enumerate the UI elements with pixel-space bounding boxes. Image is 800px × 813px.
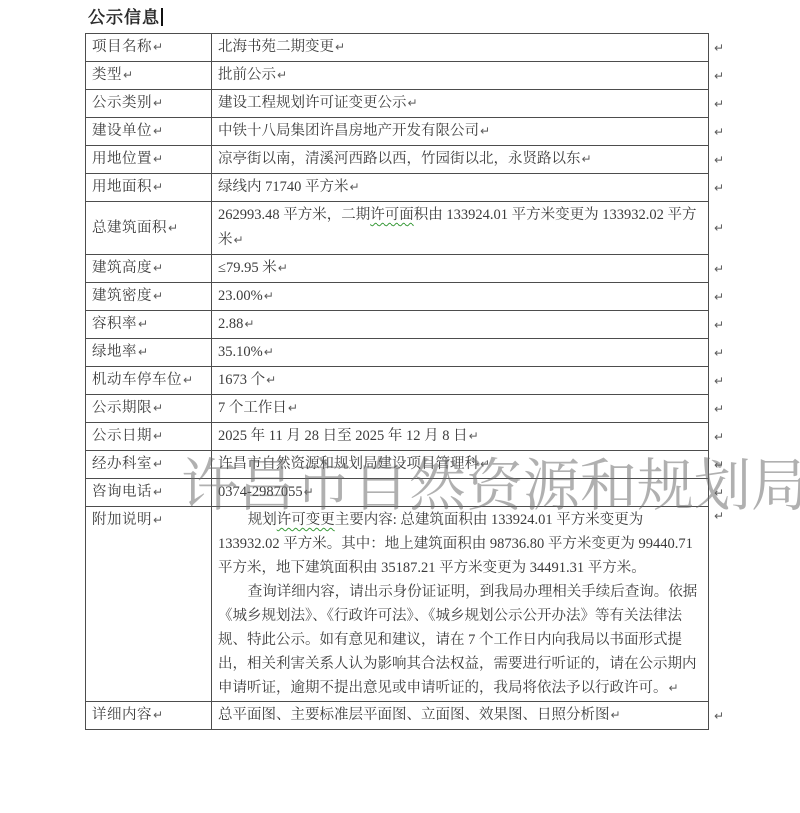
table-row: 公示日期↵ 2025 年 11 月 28 日至 2025 年 12 月 8 日↵…: [86, 423, 736, 451]
table-row: 用地位置↵ 凉亭街以南，清溪河西路以西，竹园街以北，永贤路以东↵ ↵: [86, 146, 736, 174]
end-of-row-mark: ↵: [714, 509, 724, 523]
row-label: 建设单位: [92, 123, 152, 139]
end-of-cell-mark: ↵: [288, 401, 298, 415]
end-of-row-mark: ↵: [714, 262, 724, 276]
row-value: 许昌市自然资源和规划局建设项目管理科: [218, 456, 479, 472]
row-label: 类型: [92, 67, 122, 83]
row-value: ≤79.95 米: [218, 260, 277, 276]
end-of-cell-mark: ↵: [277, 68, 287, 82]
row-value: 23.00%: [218, 288, 263, 304]
end-of-cell-mark: ↵: [153, 40, 164, 54]
end-of-cell-mark: ↵: [480, 124, 490, 138]
row-label-cell[interactable]: 公示日期↵: [86, 423, 212, 451]
row-label-cell[interactable]: 机动车停车位↵: [86, 367, 212, 395]
end-of-row-mark: ↵: [714, 709, 724, 723]
text-cursor: [161, 8, 163, 26]
row-value: 绿线内 71740 平方米: [218, 179, 349, 195]
row-label-cell[interactable]: 类型↵: [86, 62, 212, 90]
row-label-cell[interactable]: 建筑高度↵: [86, 255, 212, 283]
row-label-cell[interactable]: 详细内容↵: [86, 702, 212, 730]
end-of-row-cell: ↵: [709, 479, 736, 507]
row-label-cell[interactable]: 绿地率↵: [86, 339, 212, 367]
row-label-cell[interactable]: 经办科室↵: [86, 451, 212, 479]
table-row: 机动车停车位↵ 1673 个↵ ↵: [86, 367, 736, 395]
row-value-cell[interactable]: 总平面图、主要标准层平面图、立面图、效果图、日照分析图↵: [212, 702, 709, 730]
end-of-cell-mark: ↵: [153, 708, 164, 722]
end-of-cell-mark: ↵: [153, 485, 164, 499]
row-label: 经办科室: [92, 456, 152, 472]
row-label-cell[interactable]: 咨询电话↵: [86, 479, 212, 507]
row-value: 2.88: [218, 316, 243, 332]
row-label: 建筑高度: [92, 260, 152, 276]
row-label-cell[interactable]: 公示类别↵: [86, 90, 212, 118]
table-row: 经办科室↵ 许昌市自然资源和规划局建设项目管理科↵ ↵: [86, 451, 736, 479]
end-of-cell-mark: ↵: [153, 401, 164, 415]
end-of-row-mark: ↵: [714, 41, 724, 55]
end-of-row-mark: ↵: [714, 402, 724, 416]
end-of-row-mark: ↵: [714, 221, 724, 235]
row-label: 用地位置: [92, 151, 152, 167]
end-of-cell-mark: ↵: [669, 681, 679, 695]
row-label-cell[interactable]: 附加说明↵: [86, 507, 212, 702]
end-of-row-mark: ↵: [714, 153, 724, 167]
row-value: 1673 个: [218, 372, 265, 388]
end-of-row-mark: ↵: [714, 318, 724, 332]
row-value: 7 个工作日: [218, 400, 287, 416]
end-of-row-cell: ↵: [709, 702, 736, 730]
table-row: 附加说明↵ 规划许可变更主要内容: 总建筑面积由 133924.01 平方米变更…: [86, 507, 736, 702]
end-of-row-cell: ↵: [709, 311, 736, 339]
end-of-row-cell: ↵: [709, 395, 736, 423]
end-of-row-mark: ↵: [714, 69, 724, 83]
row-value-cell[interactable]: 许昌市自然资源和规划局建设项目管理科↵: [212, 451, 709, 479]
end-of-cell-mark: ↵: [153, 429, 164, 443]
row-value-cell[interactable]: 凉亭街以南，清溪河西路以西，竹园街以北，永贤路以东↵: [212, 146, 709, 174]
end-of-cell-mark: ↵: [234, 233, 244, 247]
end-of-cell-mark: ↵: [582, 152, 592, 166]
row-label: 公示类别: [92, 95, 152, 111]
end-of-row-cell: ↵: [709, 283, 736, 311]
end-of-row-mark: ↵: [714, 486, 724, 500]
end-of-cell-mark: ↵: [153, 180, 164, 194]
end-of-cell-mark: ↵: [266, 373, 276, 387]
row-label: 公示日期: [92, 428, 152, 444]
end-of-cell-mark: ↵: [138, 345, 149, 359]
end-of-row-cell: ↵: [709, 507, 736, 702]
row-label: 附加说明: [92, 512, 152, 528]
end-of-cell-mark: ↵: [138, 317, 149, 331]
row-label: 用地面积: [92, 179, 152, 195]
end-of-cell-mark: ↵: [153, 457, 164, 471]
row-value-cell[interactable]: 35.10%↵: [212, 339, 709, 367]
end-of-row-cell: ↵: [709, 118, 736, 146]
row-label-cell[interactable]: 项目名称↵: [86, 34, 212, 62]
row-label-cell[interactable]: 建筑密度↵: [86, 283, 212, 311]
end-of-cell-mark: ↵: [408, 96, 418, 110]
page-title-text: 公示信息: [88, 8, 160, 27]
end-of-row-mark: ↵: [714, 374, 724, 388]
row-value: 北海书苑二期变更: [218, 39, 334, 55]
end-of-cell-mark: ↵: [153, 261, 164, 275]
end-of-cell-mark: ↵: [153, 152, 164, 166]
table-row: 总建筑面积↵ 262993.48 平方米，二期许可面积由 133924.01 平…: [86, 202, 736, 255]
end-of-cell-mark: ↵: [264, 345, 274, 359]
end-of-row-mark: ↵: [714, 346, 724, 360]
value-paragraph: 规划许可变更主要内容: 总建筑面积由 133924.01 平方米变更为 1339…: [218, 508, 702, 580]
row-value-cell[interactable]: 0374-2987055↵: [212, 479, 709, 507]
end-of-cell-mark: ↵: [153, 513, 164, 527]
end-of-cell-mark: ↵: [335, 40, 345, 54]
row-value-cell[interactable]: 规划许可变更主要内容: 总建筑面积由 133924.01 平方米变更为 1339…: [212, 507, 709, 702]
end-of-cell-mark: ↵: [304, 485, 314, 499]
value-paragraph: 查询详细内容，请出示身份证证明，到我局办理相关手续后查询。依据《城乡规划法》、《…: [218, 580, 702, 700]
row-label: 总建筑面积: [92, 220, 167, 236]
row-value: 35.10%: [218, 344, 263, 360]
row-label: 公示期限: [92, 400, 152, 416]
end-of-row-mark: ↵: [714, 430, 724, 444]
end-of-cell-mark: ↵: [264, 289, 274, 303]
end-of-cell-mark: ↵: [244, 317, 254, 331]
end-of-row-cell: ↵: [709, 174, 736, 202]
end-of-cell-mark: ↵: [123, 68, 134, 82]
row-value: 凉亭街以南，清溪河西路以西，竹园街以北，永贤路以东: [218, 151, 581, 167]
end-of-row-cell: ↵: [709, 423, 736, 451]
row-value-cell[interactable]: 批前公示↵: [212, 62, 709, 90]
end-of-row-cell: ↵: [709, 90, 736, 118]
end-of-cell-mark: ↵: [153, 124, 164, 138]
table-row: 建筑高度↵ ≤79.95 米↵ ↵: [86, 255, 736, 283]
row-label-cell[interactable]: 公示期限↵: [86, 395, 212, 423]
row-value: 总平面图、主要标准层平面图、立面图、效果图、日照分析图: [218, 707, 610, 723]
row-value: 批前公示: [218, 67, 276, 83]
row-label: 机动车停车位: [92, 372, 182, 388]
row-label: 项目名称: [92, 39, 152, 55]
end-of-cell-mark: ↵: [153, 96, 164, 110]
end-of-row-mark: ↵: [714, 97, 724, 111]
row-label-cell[interactable]: 用地面积↵: [86, 174, 212, 202]
end-of-row-cell: ↵: [709, 62, 736, 90]
row-value: 建设工程规划许可证变更公示: [218, 95, 407, 111]
row-label: 容积率: [92, 316, 137, 332]
end-of-row-mark: ↵: [714, 290, 724, 304]
row-label: 建筑密度: [92, 288, 152, 304]
row-value-cell[interactable]: 绿线内 71740 平方米↵: [212, 174, 709, 202]
end-of-row-mark: ↵: [714, 181, 724, 195]
end-of-cell-mark: ↵: [153, 289, 164, 303]
row-value: 0374-2987055: [218, 484, 303, 500]
end-of-cell-mark: ↵: [168, 221, 179, 235]
row-label: 绿地率: [92, 344, 137, 360]
end-of-cell-mark: ↵: [350, 180, 360, 194]
row-label-cell[interactable]: 总建筑面积↵: [86, 202, 212, 255]
end-of-row-cell: ↵: [709, 202, 736, 255]
table-row: 类型↵ 批前公示↵ ↵: [86, 62, 736, 90]
row-value-cell[interactable]: 2.88↵: [212, 311, 709, 339]
table-row: 容积率↵ 2.88↵ ↵: [86, 311, 736, 339]
row-value-cell[interactable]: 建设工程规划许可证变更公示↵: [212, 90, 709, 118]
row-value-cell[interactable]: 23.00%↵: [212, 283, 709, 311]
row-value-cell[interactable]: 262993.48 平方米，二期许可面积由 133924.01 平方米变更为 1…: [212, 202, 709, 255]
table-row: 用地面积↵ 绿线内 71740 平方米↵ ↵: [86, 174, 736, 202]
table-row: 建设单位↵ 中铁十八局集团许昌房地产开发有限公司↵ ↵: [86, 118, 736, 146]
row-value-cell[interactable]: 7 个工作日↵: [212, 395, 709, 423]
row-label: 咨询电话: [92, 484, 152, 500]
row-value-cell[interactable]: 北海书苑二期变更↵: [212, 34, 709, 62]
end-of-cell-mark: ↵: [611, 708, 621, 722]
row-label: 详细内容: [92, 707, 152, 723]
row-label-cell[interactable]: 建设单位↵: [86, 118, 212, 146]
table-row: 咨询电话↵ 0374-2987055↵ ↵: [86, 479, 736, 507]
end-of-row-cell: ↵: [709, 339, 736, 367]
end-of-row-mark: ↵: [714, 458, 724, 472]
end-of-row-cell: ↵: [709, 146, 736, 174]
row-value-cell[interactable]: 2025 年 11 月 28 日至 2025 年 12 月 8 日↵: [212, 423, 709, 451]
end-of-cell-mark: ↵: [183, 373, 194, 387]
table-row: 公示期限↵ 7 个工作日↵ ↵: [86, 395, 736, 423]
row-value: 262993.48 平方米，二期许可面积由 133924.01 平方米变更为 1…: [218, 207, 697, 248]
end-of-row-mark: ↵: [714, 125, 724, 139]
end-of-row-cell: ↵: [709, 34, 736, 62]
row-value-cell[interactable]: ≤79.95 米↵: [212, 255, 709, 283]
end-of-row-cell: ↵: [709, 367, 736, 395]
table-row: 建筑密度↵ 23.00%↵ ↵: [86, 283, 736, 311]
end-of-cell-mark: ↵: [278, 261, 288, 275]
row-value: 中铁十八局集团许昌房地产开发有限公司: [218, 123, 479, 139]
row-label-cell[interactable]: 用地位置↵: [86, 146, 212, 174]
end-of-row-cell: ↵: [709, 255, 736, 283]
row-value: 2025 年 11 月 28 日至 2025 年 12 月 8 日: [218, 428, 468, 444]
row-value-cell[interactable]: 1673 个↵: [212, 367, 709, 395]
notice-table: 项目名称↵ 北海书苑二期变更↵ ↵ 类型↵ 批前公示↵ ↵ 公示类别↵ 建设工程…: [85, 33, 736, 730]
document-page: 公示信息 许昌市自然资源和规划局 项目名称↵ 北海书苑二期变更↵ ↵ 类型↵ 批…: [0, 0, 800, 813]
end-of-cell-mark: ↵: [480, 457, 490, 471]
table-row: 详细内容↵ 总平面图、主要标准层平面图、立面图、效果图、日照分析图↵ ↵: [86, 702, 736, 730]
end-of-row-cell: ↵: [709, 451, 736, 479]
table-row: 绿地率↵ 35.10%↵ ↵: [86, 339, 736, 367]
table-row: 项目名称↵ 北海书苑二期变更↵ ↵: [86, 34, 736, 62]
end-of-cell-mark: ↵: [469, 429, 479, 443]
page-title[interactable]: 公示信息: [88, 3, 163, 28]
row-label-cell[interactable]: 容积率↵: [86, 311, 212, 339]
row-value-cell[interactable]: 中铁十八局集团许昌房地产开发有限公司↵: [212, 118, 709, 146]
table-row: 公示类别↵ 建设工程规划许可证变更公示↵ ↵: [86, 90, 736, 118]
